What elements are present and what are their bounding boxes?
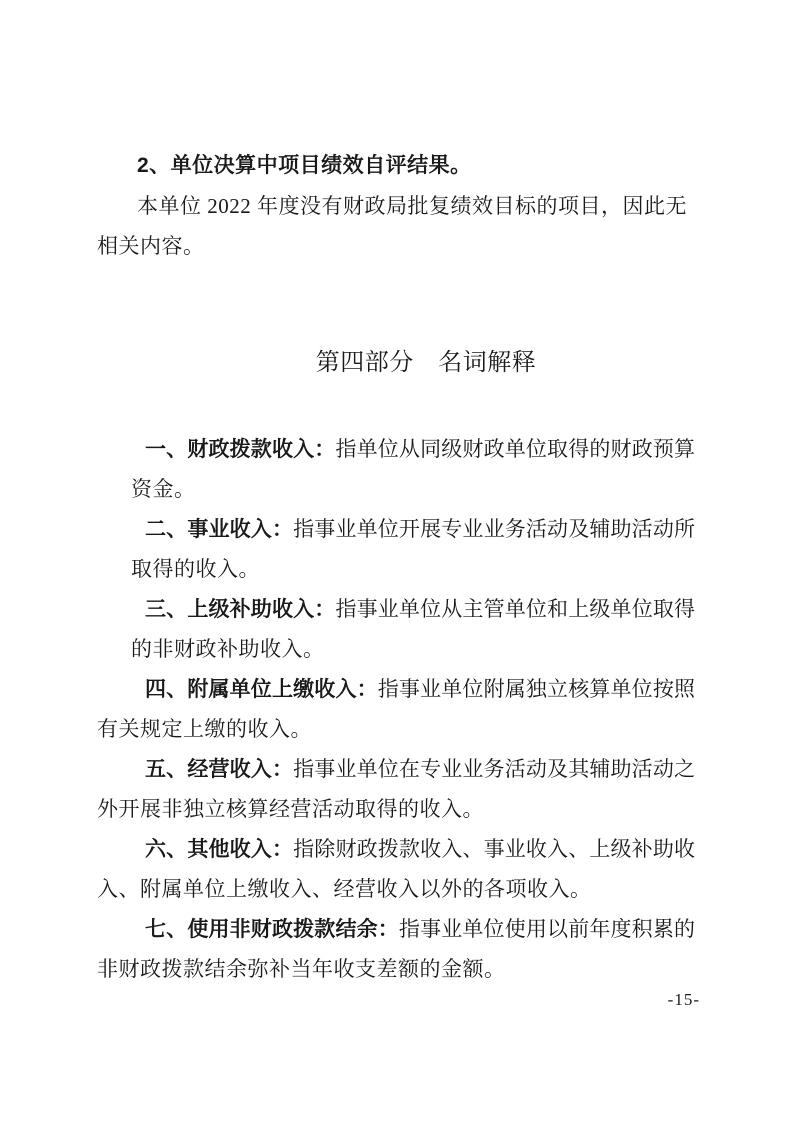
definition-first-line: 七、使用非财政拨款结余：指事业单位使用以前年度积累的 (97, 909, 695, 949)
definition-text: 指事业单位附属独立核算单位按照 (378, 677, 695, 701)
subheading-performance-self-evaluation: 2、单位决算中项目绩效自评结果。 (97, 146, 695, 186)
definition-term: 一、财政拨款收入： (145, 438, 335, 461)
definition-cont-line: 有关规定上缴的收入。 (97, 709, 695, 749)
definition-first-line: 六、其他收入：指除财政拨款收入、事业收入、上级补助收 (97, 829, 695, 869)
document-page: 2、单位决算中项目绩效自评结果。 本单位 2022 年度没有财政局批复绩效目标的… (0, 0, 793, 1122)
definition-text: 指事业单位开展专业业务活动及辅助活动所 (293, 517, 695, 541)
glossary-list: 一、财政拨款收入：指单位从同级财政单位取得的财政预算 资金。 二、事业收入：指事… (97, 429, 695, 989)
definition-cont-line: 非财政拨款结余弥补当年收支差额的金额。 (97, 949, 695, 989)
definition-term: 二、事业收入： (145, 518, 293, 541)
definition-cont-line: 资金。 (97, 469, 695, 509)
definition-text: 指除财政拨款收入、事业收入、上级补助收 (293, 837, 695, 861)
definition-item: 一、财政拨款收入：指单位从同级财政单位取得的财政预算 资金。 (97, 429, 695, 509)
definition-cont-line: 外开展非独立核算经营活动取得的收入。 (97, 789, 695, 829)
definition-first-line: 一、财政拨款收入：指单位从同级财政单位取得的财政预算 (97, 429, 695, 469)
definition-first-line: 五、经营收入：指事业单位在专业业务活动及其辅助活动之 (97, 749, 695, 789)
section-title-part4-glossary: 第四部分 名词解释 (127, 342, 725, 383)
page-number: -15- (668, 988, 700, 1012)
definition-text: 指事业单位从主管单位和上级单位取得 (335, 597, 695, 621)
definition-item: 六、其他收入：指除财政拨款收入、事业收入、上级补助收 入、附属单位上缴收入、经营… (97, 829, 695, 909)
definition-cont-line: 的非财政补助收入。 (97, 629, 695, 669)
definition-item: 七、使用非财政拨款结余：指事业单位使用以前年度积累的 非财政拨款结余弥补当年收支… (97, 909, 695, 989)
definition-term: 五、经营收入： (145, 758, 293, 781)
definition-item: 四、附属单位上缴收入：指事业单位附属独立核算单位按照 有关规定上缴的收入。 (97, 669, 695, 749)
paragraph-line: 相关内容。 (97, 226, 695, 266)
definition-first-line: 三、上级补助收入：指事业单位从主管单位和上级单位取得 (97, 589, 695, 629)
definition-term: 四、附属单位上缴收入： (145, 678, 378, 701)
definition-term: 六、其他收入： (145, 838, 293, 861)
definition-cont-line: 入、附属单位上缴收入、经营收入以外的各项收入。 (97, 869, 695, 909)
definition-item: 五、经营收入：指事业单位在专业业务活动及其辅助活动之 外开展非独立核算经营活动取… (97, 749, 695, 829)
definition-item: 二、事业收入：指事业单位开展专业业务活动及辅助活动所 取得的收入。 (97, 509, 695, 589)
definition-first-line: 四、附属单位上缴收入：指事业单位附属独立核算单位按照 (97, 669, 695, 709)
definition-term: 三、上级补助收入： (145, 598, 335, 621)
definition-text: 指事业单位在专业业务活动及其辅助活动之 (293, 757, 695, 781)
definition-term: 七、使用非财政拨款结余： (145, 918, 399, 941)
text-block: 2、单位决算中项目绩效自评结果。 本单位 2022 年度没有财政局批复绩效目标的… (97, 0, 695, 989)
definition-text: 指单位从同级财政单位取得的财政预算 (335, 437, 695, 461)
definition-cont-line: 取得的收入。 (97, 549, 695, 589)
definition-first-line: 二、事业收入：指事业单位开展专业业务活动及辅助活动所 (97, 509, 695, 549)
definition-text: 指事业单位使用以前年度积累的 (399, 917, 695, 941)
definition-item: 三、上级补助收入：指事业单位从主管单位和上级单位取得 的非财政补助收入。 (97, 589, 695, 669)
paragraph-line: 本单位 2022 年度没有财政局批复绩效目标的项目，因此无 (97, 186, 695, 226)
